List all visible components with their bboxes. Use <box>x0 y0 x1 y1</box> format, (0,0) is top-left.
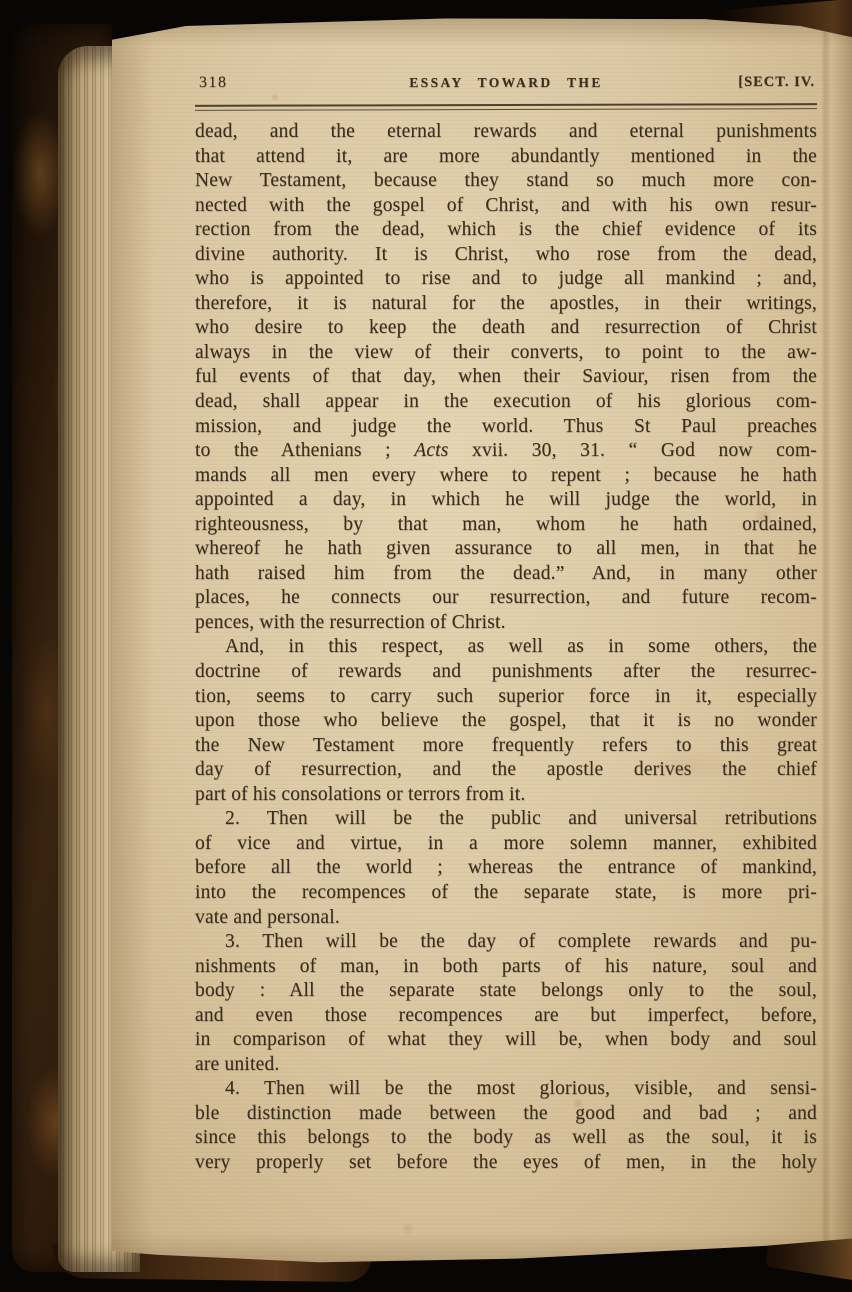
paragraph: dead, and the eternal rewards and eterna… <box>195 120 817 635</box>
text-line: therefore, it is natural for the apostle… <box>195 292 817 317</box>
text-line: who is appointed to rise and to judge al… <box>195 267 817 292</box>
text-line: 4. Then will be the most glorious, visib… <box>195 1077 817 1102</box>
text-line: rection from the dead, which is the chie… <box>195 218 817 243</box>
text-line: since this belongs to the body as well a… <box>195 1126 817 1151</box>
text-line: nected with the gospel of Christ, and wi… <box>195 194 817 219</box>
photo-backdrop: 318 ESSAY TOWARD THE [SECT. IV. dead, an… <box>0 0 852 1292</box>
text-line: And, in this respect, as well as in some… <box>195 635 817 660</box>
running-header: ESSAY TOWARD THE <box>195 75 817 91</box>
paragraph: 3. Then will be the day of complete rewa… <box>195 930 817 1077</box>
text-line: appointed a day, in which he will judge … <box>195 488 817 513</box>
text-line: are united. <box>195 1053 817 1078</box>
text-line: dead, and the eternal rewards and eterna… <box>195 120 817 145</box>
page-header: 318 ESSAY TOWARD THE [SECT. IV. <box>195 72 817 96</box>
text-line: 3. Then will be the day of complete rewa… <box>195 930 817 955</box>
text-line: part of his consolations or terrors from… <box>195 783 817 808</box>
text-line: ble distinction made between the good an… <box>195 1102 817 1127</box>
text-line: before all the world ; whereas the entra… <box>195 856 817 881</box>
text-line: divine authority. It is Christ, who rose… <box>195 243 817 268</box>
text-line: that attend it, are more abundantly ment… <box>195 145 817 170</box>
text-segment: to the Athenians ; <box>195 440 414 461</box>
text-segment: xvii. 30, 31. “ God now com- <box>449 440 817 461</box>
text-line: places, he connects our resurrection, an… <box>195 586 817 611</box>
text-block: dead, and the eternal rewards and eterna… <box>195 120 817 1176</box>
text-line: in comparison of what they will be, when… <box>195 1028 817 1053</box>
text-line: upon those who believe the gospel, that … <box>195 709 817 734</box>
text-line: of vice and virtue, in a more solemn man… <box>195 832 817 857</box>
text-line: New Testament, because they stand so muc… <box>195 169 817 194</box>
text-line: righteousness, by that man, whom he hath… <box>195 513 817 538</box>
text-line: tion, seems to carry such superior force… <box>195 685 817 710</box>
section-header: [SECT. IV. <box>738 74 815 91</box>
text-line: doctrine of rewards and punishments afte… <box>195 660 817 685</box>
page-content: 318 ESSAY TOWARD THE [SECT. IV. dead, an… <box>195 72 817 1176</box>
text-line: whereof he hath given assurance to all m… <box>195 537 817 562</box>
text-line: ful events of that day, when their Savio… <box>195 365 817 390</box>
text-line: pences, with the resurrection of Christ. <box>195 611 817 636</box>
text-line: always in the view of their converts, to… <box>195 341 817 366</box>
text-line: to the Athenians ; Acts xvii. 30, 31. “ … <box>195 439 817 464</box>
paragraph: And, in this respect, as well as in some… <box>195 635 817 807</box>
text-line: into the recompences of the separate sta… <box>195 881 817 906</box>
text-line: day of resurrection, and the apostle der… <box>195 758 817 783</box>
text-line: hath raised him from the dead.” And, in … <box>195 562 817 587</box>
text-line: dead, shall appear in the execution of h… <box>195 390 817 415</box>
paragraph: 4. Then will be the most glorious, visib… <box>195 1077 817 1175</box>
text-line: mission, and judge the world. Thus St Pa… <box>195 415 817 440</box>
text-line: who desire to keep the death and resurre… <box>195 316 817 341</box>
paragraph: 2. Then will be the public and universal… <box>195 807 817 930</box>
text-line: 2. Then will be the public and universal… <box>195 807 817 832</box>
text-line: mands all men every where to repent ; be… <box>195 464 817 489</box>
text-line: very properly set before the eyes of men… <box>195 1151 817 1176</box>
text-line: and even those recompences are but imper… <box>195 1004 817 1029</box>
text-line: body : All the separate state belongs on… <box>195 979 817 1004</box>
italic-text: Acts <box>414 440 448 461</box>
text-line: nishments of man, in both parts of his n… <box>195 955 817 980</box>
header-double-rule <box>195 103 817 111</box>
text-line: the New Testament more frequently refers… <box>195 734 817 759</box>
book-page: 318 ESSAY TOWARD THE [SECT. IV. dead, an… <box>112 16 852 1266</box>
text-line: vate and personal. <box>195 906 817 931</box>
